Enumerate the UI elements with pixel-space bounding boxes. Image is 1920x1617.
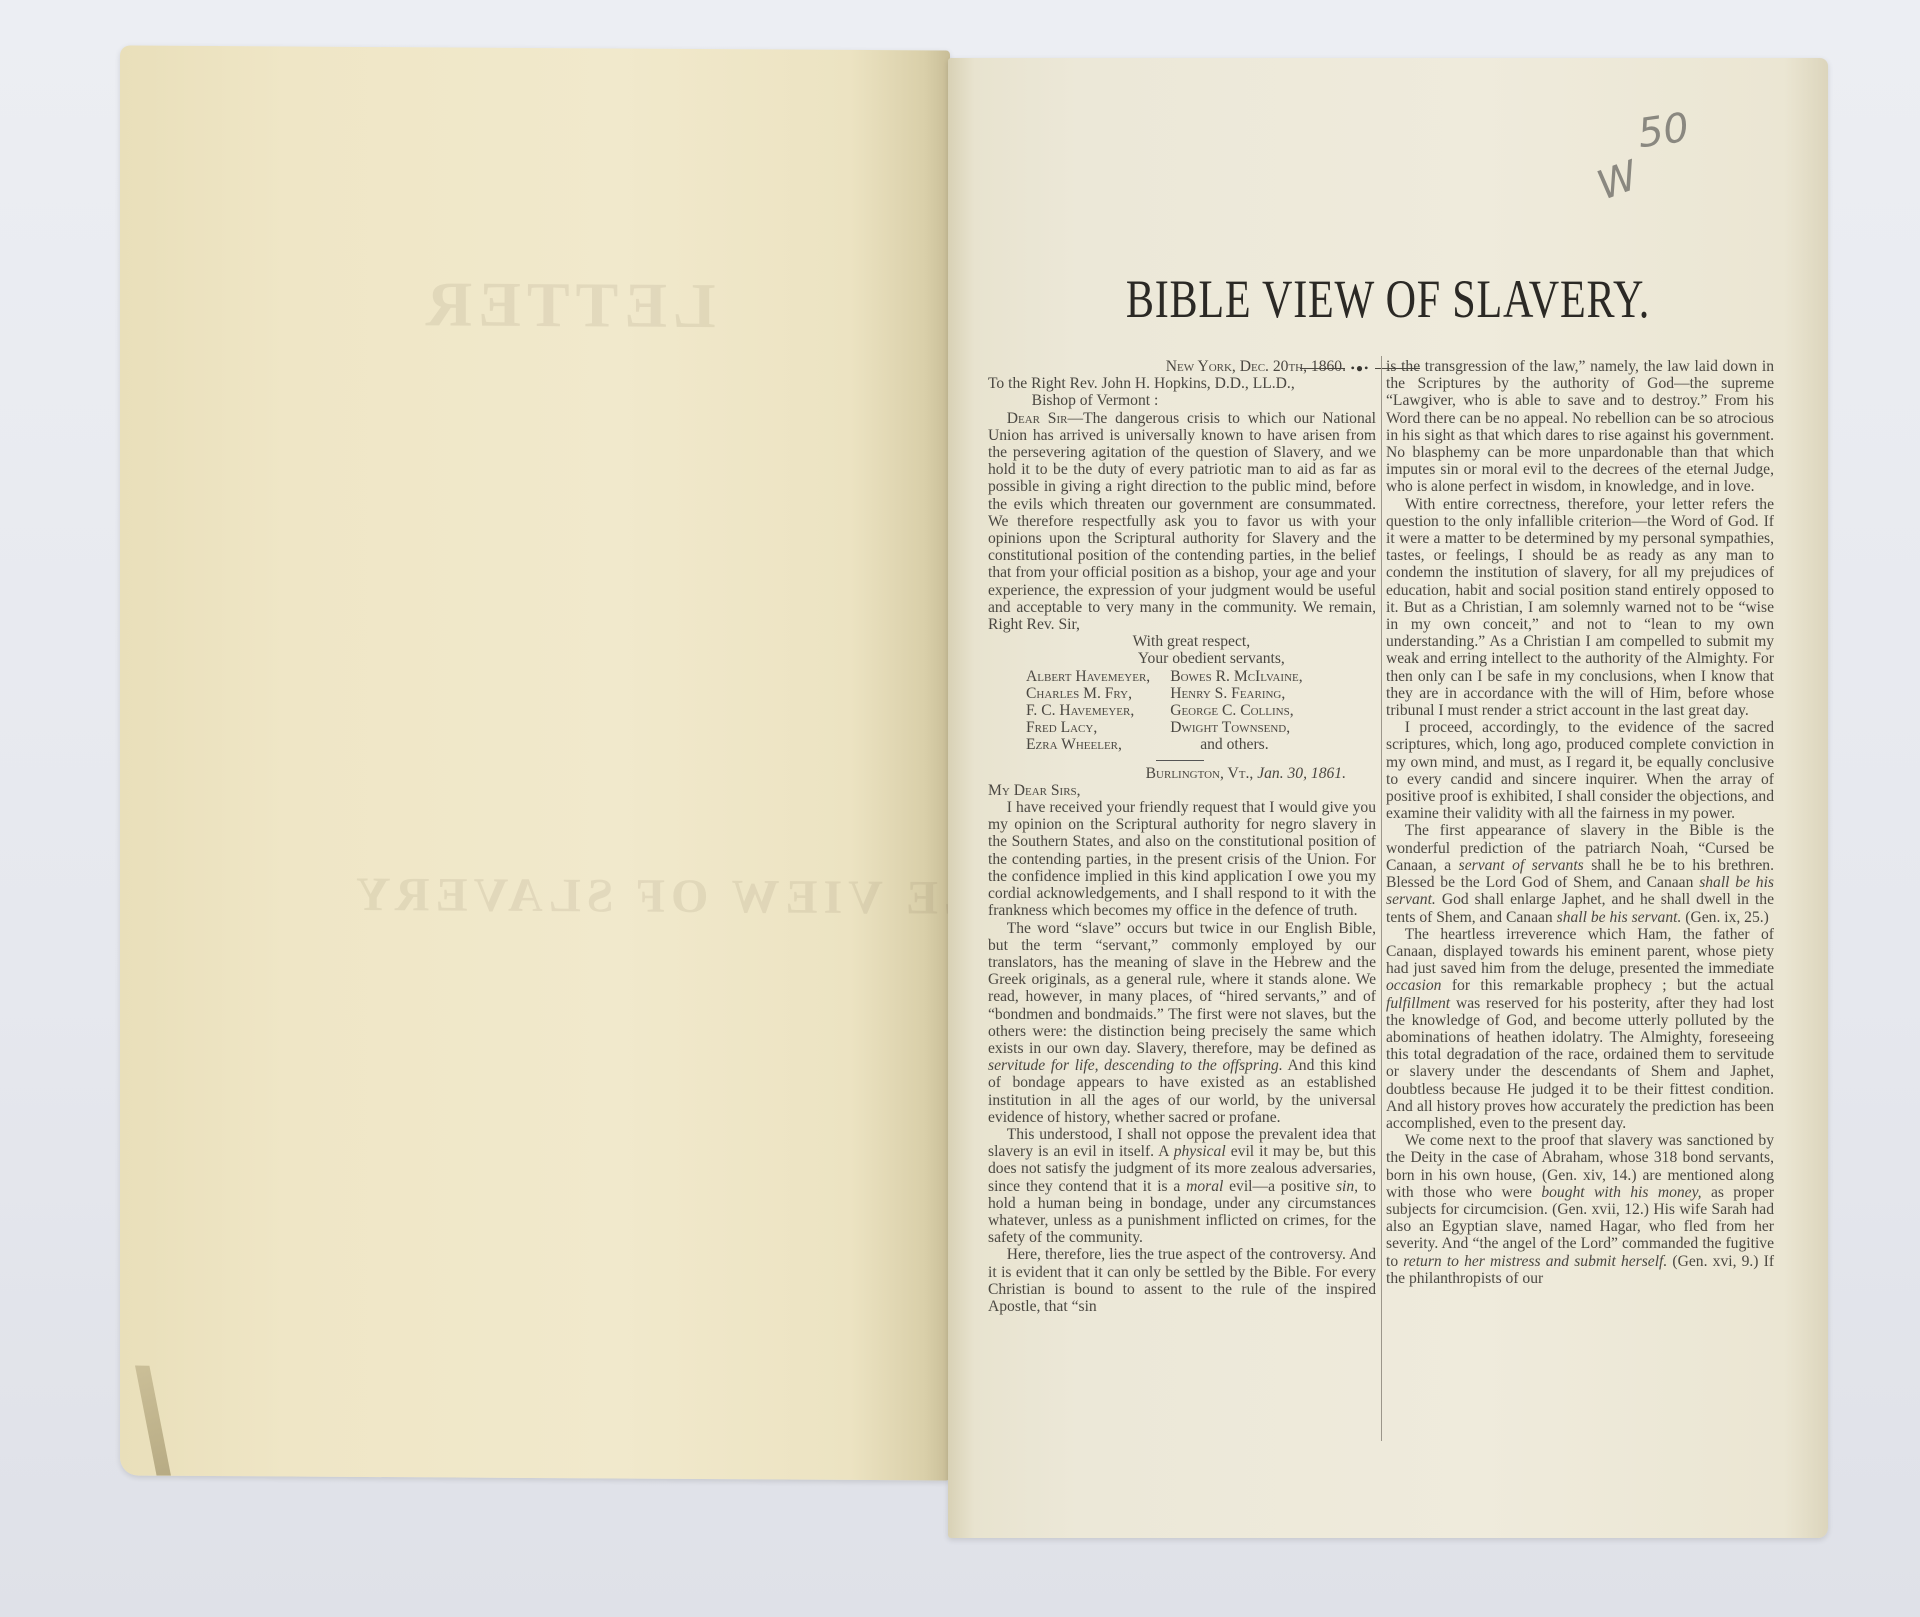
closing-respect: With great respect, <box>988 633 1376 650</box>
signatory: F. C. Havemeyer, <box>1026 702 1150 719</box>
paragraph: I proceed, accordingly, to the evidence … <box>1386 719 1774 822</box>
text-run: The word “slave” occurs but twice in our… <box>988 920 1376 1057</box>
signatories: Albert Havemeyer, Charles M. Fry, F. C. … <box>988 668 1376 754</box>
italic-run: sin, <box>1336 1178 1358 1195</box>
dateline-date: Jan. 30, 1861. <box>1257 765 1346 782</box>
signatory: Charles M. Fry, <box>1026 685 1150 702</box>
paragraph: The heartless irreverence which Ham, the… <box>1386 926 1774 1132</box>
dateline-place: Burlington, Vt., <box>1146 765 1258 782</box>
letter1-paragraph: Dear Sir—The dangerous crisis to which o… <box>988 410 1376 634</box>
paragraph: With entire correctness, therefore, your… <box>1386 496 1774 720</box>
paragraph: This understood, I shall not oppose the … <box>988 1126 1376 1246</box>
signatory: Ezra Wheeler, <box>1026 736 1150 753</box>
paragraph: We come next to the proof that slavery w… <box>1386 1132 1774 1287</box>
text-run: The heartless irreverence which Ham, the… <box>1386 926 1774 977</box>
paragraph: The first appearance of slavery in the B… <box>1386 822 1774 925</box>
left-page-blank: LETTER BIBLE VIEW OF SLAVERY <box>120 45 950 1480</box>
address-line-2: Bishop of Vermont : <box>988 392 1376 409</box>
letter2-salutation: My Dear Sirs, <box>988 782 1376 799</box>
signatory: Dwight Townsend, <box>1170 719 1302 736</box>
signatory: and others. <box>1170 736 1302 753</box>
italic-run: bought with his money, <box>1541 1184 1701 1201</box>
paragraph: Here, therefore, lies the true aspect of… <box>988 1246 1376 1315</box>
text-run: was reserved for his posterity, after th… <box>1386 995 1774 1132</box>
italic-run: moral <box>1186 1178 1223 1195</box>
signatory: Henry S. Fearing, <box>1170 685 1302 702</box>
italic-run: return to her mistress and submit hersel… <box>1403 1253 1667 1270</box>
right-page: 50 W BIBLE VIEW OF SLAVERY. •●• New York… <box>948 58 1828 1538</box>
letter1-body: —The dangerous crisis to which our Natio… <box>988 410 1376 633</box>
section-separator <box>1156 760 1204 761</box>
signatories-right-column: Bowes R. McIlvaine, Henry S. Fearing, Ge… <box>1170 668 1302 754</box>
left-page-showthrough-1: LETTER <box>420 267 716 343</box>
column-divider <box>1381 356 1382 1441</box>
italic-run: shall be his servant. <box>1557 909 1682 926</box>
left-page-corner-tear <box>135 1366 171 1476</box>
text-run: (Gen. ix, 25.) <box>1681 909 1768 926</box>
document-title: BIBLE VIEW OF SLAVERY. <box>1045 268 1731 330</box>
signatory: Bowes R. McIlvaine, <box>1170 668 1302 685</box>
signatories-left-column: Albert Havemeyer, Charles M. Fry, F. C. … <box>1026 668 1150 754</box>
paragraph: is the transgression of the law,” namely… <box>1386 358 1774 496</box>
signatory: Albert Havemeyer, <box>1026 668 1150 685</box>
dateline-new-york: New York, Dec. 20th, 1860. <box>988 358 1376 375</box>
italic-run: servant of servants <box>1459 857 1584 874</box>
signatory: Fred Lacy, <box>1026 719 1150 736</box>
letter1-salutation: Dear Sir <box>1007 410 1068 427</box>
dateline-burlington: Burlington, Vt., Jan. 30, 1861. <box>988 765 1376 782</box>
text-column-left: New York, Dec. 20th, 1860. To the Right … <box>988 358 1376 1315</box>
closing-servants: Your obedient servants, <box>988 650 1376 667</box>
italic-run: occasion <box>1386 977 1441 994</box>
text-run: evil—a positive <box>1223 1178 1336 1195</box>
paragraph: I have received your friendly request th… <box>988 799 1376 919</box>
italic-run: fulfillment <box>1386 995 1450 1012</box>
text-column-right: is the transgression of the law,” namely… <box>1386 358 1774 1287</box>
handwritten-mark-letter: W <box>1591 153 1644 210</box>
address-line-1: To the Right Rev. John H. Hopkins, D.D.,… <box>988 375 1376 392</box>
text-run: for this remarkable prophecy ; but the a… <box>1441 977 1774 994</box>
signatory: George C. Collins, <box>1170 702 1302 719</box>
italic-run: servitude for life, descending to the of… <box>988 1057 1283 1074</box>
handwritten-mark-number: 50 <box>1635 105 1692 158</box>
paragraph: The word “slave” occurs but twice in our… <box>988 920 1376 1126</box>
italic-run: physical <box>1174 1143 1226 1160</box>
